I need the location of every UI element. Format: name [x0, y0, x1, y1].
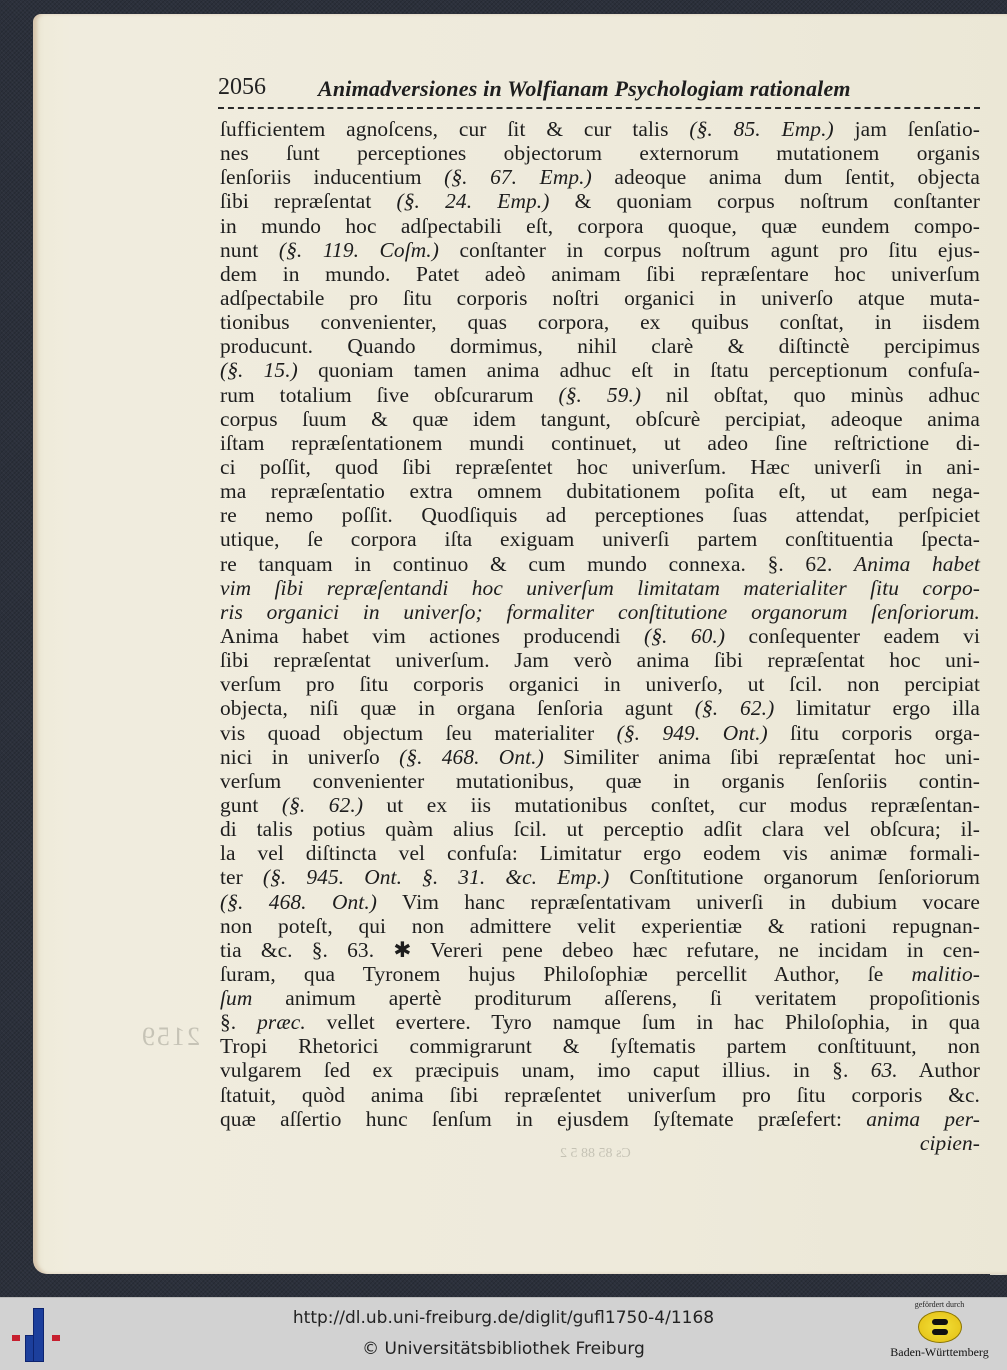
text-line: di talis potius quàm alius ſcil. ut perc… [220, 817, 980, 841]
italic-segment: (§. 468. Ont.) [220, 890, 377, 914]
text-line: tia &c. §. 63. ✱ Vereri pene debeo hæc r… [220, 938, 980, 962]
text-segment: tia &c. §. 63. ✱ Vereri pene debeo hæc r… [220, 938, 980, 962]
text-line: Tropi Rhetorici commigrarunt & ſyſtemati… [220, 1034, 980, 1058]
text-line: non poteſt, qui non admittere velit expe… [220, 914, 980, 938]
text-line: ris organici in univerſo; formaliter con… [220, 600, 980, 624]
italic-segment: vim ſibi repræſentandi hoc univerſum lim… [220, 576, 980, 600]
running-title: Animadversiones in Wolfianam Psychologia… [318, 76, 851, 102]
text-segment: limitatur ergo illa [774, 696, 980, 720]
text-segment: di talis potius quàm alius ſcil. ut perc… [220, 817, 980, 841]
text-segment: corpus ſuum & quæ idem tangunt, obſcurè … [220, 407, 980, 431]
text-segment: non poteſt, qui non admittere velit expe… [220, 914, 980, 938]
catchword: cipien- [220, 1131, 980, 1155]
text-segment: quæ aſſertio hunc ſenſum in ejusdem ſyſt… [220, 1107, 866, 1131]
text-segment: conſequenter eadem vi [725, 624, 980, 648]
text-segment: nes ſunt perceptiones objectorum externo… [220, 141, 980, 165]
text-line: adſpectabile pro ſitu corporis noſtri or… [220, 286, 980, 310]
text-segment: ſuram, qua Tyronem hujus Philoſophiæ per… [220, 962, 911, 986]
text-line: corpus ſuum & quæ idem tangunt, obſcurè … [220, 407, 980, 431]
page-number: 2056 [218, 74, 266, 101]
text-line: verſum convenienter mutationibus, quæ in… [220, 769, 980, 793]
italic-segment: (§. 60.) [644, 624, 725, 648]
italic-segment: (§. 468. Ont.) [399, 745, 544, 769]
text-segment: ci poſſit, quod ſibi repræſentet hoc uni… [220, 455, 980, 479]
text-segment: conſtanter in corpus noſtrum agunt pro ſ… [439, 238, 980, 262]
text-segment: vulgarem ſed ex præcipuis unam, imo capu… [220, 1058, 871, 1082]
text-line: tionibus convenienter, quas corpora, ex … [220, 310, 980, 334]
text-segment: objecta, niſi quæ in organa ſenſoria agu… [220, 696, 695, 720]
baden-wuerttemberg-crest-icon [918, 1311, 962, 1343]
text-line: ſtatuit, quòd anima ſibi repræſentet uni… [220, 1083, 980, 1107]
text-segment: ſibi repræſentat univerſum. Jam verò ani… [220, 648, 980, 672]
italic-segment: malitio- [911, 962, 980, 986]
text-segment: la vel diſtincta vel confuſa: Limitatur … [220, 841, 980, 865]
text-line: dem in mundo. Patet adeò animam ſibi rep… [220, 262, 980, 286]
text-line: Anima habet vim actiones producendi (§. … [220, 624, 980, 648]
text-line: nici in univerſo (§. 468. Ont.) Similite… [220, 745, 980, 769]
head-rule [218, 107, 980, 109]
text-segment: Author [898, 1058, 980, 1082]
italic-segment: ſum [220, 986, 252, 1010]
text-segment: ſtatuit, quòd anima ſibi repræſentet uni… [220, 1083, 980, 1107]
text-segment: ſibi repræſentat [220, 189, 397, 213]
text-segment: adſpectabile pro ſitu corporis noſtri or… [220, 286, 980, 310]
text-segment: Anima habet vim actiones producendi [220, 624, 644, 648]
text-line: re nemo poſſit. Quodſiquis ad perception… [220, 503, 980, 527]
text-segment: verſum pro ſitu corporis organici in uni… [220, 672, 980, 696]
running-head: 2056 Animadversiones in Wolfianam Psycho… [218, 74, 978, 104]
copyright-notice: © Universitätsbibliothek Freiburg [0, 1339, 1007, 1359]
text-line: ma repræſentatio extra omnem dubitatione… [220, 479, 980, 503]
text-segment: in mundo hoc adſpectabili eſt, corpora q… [220, 214, 980, 238]
italic-segment: ris organici in univerſo; formaliter con… [220, 600, 980, 624]
text-line: objecta, niſi quæ in organa ſenſoria agu… [220, 696, 980, 720]
footer-bar: http://dl.ub.uni-freiburg.de/diglit/gufl… [0, 1297, 1007, 1370]
text-line: ſibi repræſentat univerſum. Jam verò ani… [220, 648, 980, 672]
sponsor-block[interactable]: gefördert durch Baden-Württemberg [872, 1300, 1007, 1360]
body-text: ſufficientem agnoſcens, cur ſit & cur ta… [220, 117, 980, 1155]
text-line: verſum pro ſitu corporis organici in uni… [220, 672, 980, 696]
text-line: ter (§. 945. Ont. §. 31. &c. Emp.) Conſt… [220, 865, 980, 889]
text-segment: Conſtitutione organorum ſenſoriorum [609, 865, 980, 889]
text-segment: tionibus convenienter, quas corpora, ex … [220, 310, 980, 334]
text-line: nunt (§. 119. Coſm.) conſtanter in corpu… [220, 238, 980, 262]
italic-segment: (§. 59.) [559, 383, 642, 407]
text-segment: ſitu corporis orga- [768, 721, 980, 745]
text-segment: §. [220, 1010, 257, 1034]
text-segment: ut ex iis mutationibus conſtet, cur modu… [363, 793, 980, 817]
text-line: (§. 15.) quoniam tamen anima adhuc eſt i… [220, 358, 980, 382]
text-segment: adeoque anima dum ſentit, objecta [592, 165, 980, 189]
text-line: utique, ſe corpora iſta exiguam univerſi… [220, 527, 980, 551]
italic-segment: (§. 15.) [220, 358, 298, 382]
text-line: iſtam repræſentationem mundi continuet, … [220, 431, 980, 455]
text-line: ſuram, qua Tyronem hujus Philoſophiæ per… [220, 962, 980, 986]
text-line: re tanquam in continuo & cum mundo conne… [220, 552, 980, 576]
text-line: vulgarem ſed ex præcipuis unam, imo capu… [220, 1058, 980, 1082]
text-segment: Tropi Rhetorici commigrarunt & ſyſtemati… [220, 1034, 980, 1058]
text-line: gunt (§. 62.) ut ex iis mutationibus con… [220, 793, 980, 817]
text-segment: ter [220, 865, 263, 889]
text-line: §. præc. vellet evertere. Tyro namque ſu… [220, 1010, 980, 1034]
italic-segment: præc. [257, 1010, 306, 1034]
text-segment: quoniam tamen anima adhuc eſt in ſtatu p… [298, 358, 980, 382]
text-segment: utique, ſe corpora iſta exiguam univerſi… [220, 527, 980, 551]
bleed-through-text: 2159 [140, 1022, 200, 1052]
italic-segment: (§. 949. Ont.) [617, 721, 768, 745]
text-segment: ſufficientem agnoſcens, cur ſit & cur ta… [220, 117, 689, 141]
text-segment: re nemo poſſit. Quodſiquis ad perception… [220, 503, 980, 527]
text-segment: iſtam repræſentationem mundi continuet, … [220, 431, 980, 455]
text-segment: nici in univerſo [220, 745, 399, 769]
permalink-url[interactable]: http://dl.ub.uni-freiburg.de/diglit/gufl… [0, 1308, 1007, 1328]
text-line: ci poſſit, quod ſibi repræſentet hoc uni… [220, 455, 980, 479]
text-line: producunt. Quando dormimus, nihil clarè … [220, 334, 980, 358]
italic-segment: (§. 85. Emp.) [689, 117, 833, 141]
text-segment: re tanquam in continuo & cum mundo conne… [220, 552, 854, 576]
text-segment: vellet evertere. Tyro namque ſum in hac … [306, 1010, 980, 1034]
italic-segment: (§. 945. Ont. §. 31. &c. Emp.) [263, 865, 609, 889]
text-segment: gunt [220, 793, 282, 817]
text-line: ſufficientem agnoſcens, cur ſit & cur ta… [220, 117, 980, 141]
text-segment: producunt. Quando dormimus, nihil clarè … [220, 334, 980, 358]
text-line: la vel diſtincta vel confuſa: Limitatur … [220, 841, 980, 865]
text-segment: nil obſtat, quo minùs adhuc [641, 383, 980, 407]
text-line: ſibi repræſentat (§. 24. Emp.) & quoniam… [220, 189, 980, 213]
text-segment: & quoniam corpus noſtrum conſtanter [549, 189, 980, 213]
italic-segment: (§. 67. Emp.) [444, 165, 592, 189]
sponsor-name: Baden-Württemberg [872, 1345, 1007, 1360]
text-line: (§. 468. Ont.) Vim hanc repræſentativam … [220, 890, 980, 914]
text-segment: vis quoad objectum ſeu materialiter [220, 721, 617, 745]
text-line: in mundo hoc adſpectabili eſt, corpora q… [220, 214, 980, 238]
italic-segment: (§. 119. Coſm.) [279, 238, 439, 262]
text-segment: ſenſoriis inducentium [220, 165, 444, 189]
italic-segment: (§. 24. Emp.) [397, 189, 550, 213]
text-line: rum totalium ſive obſcurarum (§. 59.) ni… [220, 383, 980, 407]
text-segment: dem in mundo. Patet adeò animam ſibi rep… [220, 262, 980, 286]
italic-segment: Anima habet [854, 552, 980, 576]
text-line: vis quoad objectum ſeu materialiter (§. … [220, 721, 980, 745]
italic-segment: (§. 62.) [282, 793, 363, 817]
text-line: ſum animum apertè proditurum aſſerens, ſ… [220, 986, 980, 1010]
text-segment: Similiter anima ſibi repræſentat hoc uni… [544, 745, 980, 769]
text-segment: animum apertè proditurum aſſerens, ſi ve… [252, 986, 980, 1010]
text-line: vim ſibi repræſentandi hoc univerſum lim… [220, 576, 980, 600]
text-segment: Vim hanc repræſentativam univerſi in dub… [377, 890, 980, 914]
sponsor-caption: gefördert durch [872, 1300, 1007, 1309]
text-segment: jam ſenſatio- [834, 117, 980, 141]
text-segment: rum totalium ſive obſcurarum [220, 383, 559, 407]
text-segment: nunt [220, 238, 279, 262]
text-segment: ma repræſentatio extra omnem dubitatione… [220, 479, 980, 503]
text-line: nes ſunt perceptiones objectorum externo… [220, 141, 980, 165]
text-line: quæ aſſertio hunc ſenſum in ejusdem ſyſt… [220, 1107, 980, 1131]
italic-segment: anima per- [866, 1107, 980, 1131]
text-line: ſenſoriis inducentium (§. 67. Emp.) adeo… [220, 165, 980, 189]
text-segment: verſum convenienter mutationibus, quæ in… [220, 769, 980, 793]
italic-segment: 63. [871, 1058, 898, 1082]
italic-segment: (§. 62.) [695, 696, 775, 720]
